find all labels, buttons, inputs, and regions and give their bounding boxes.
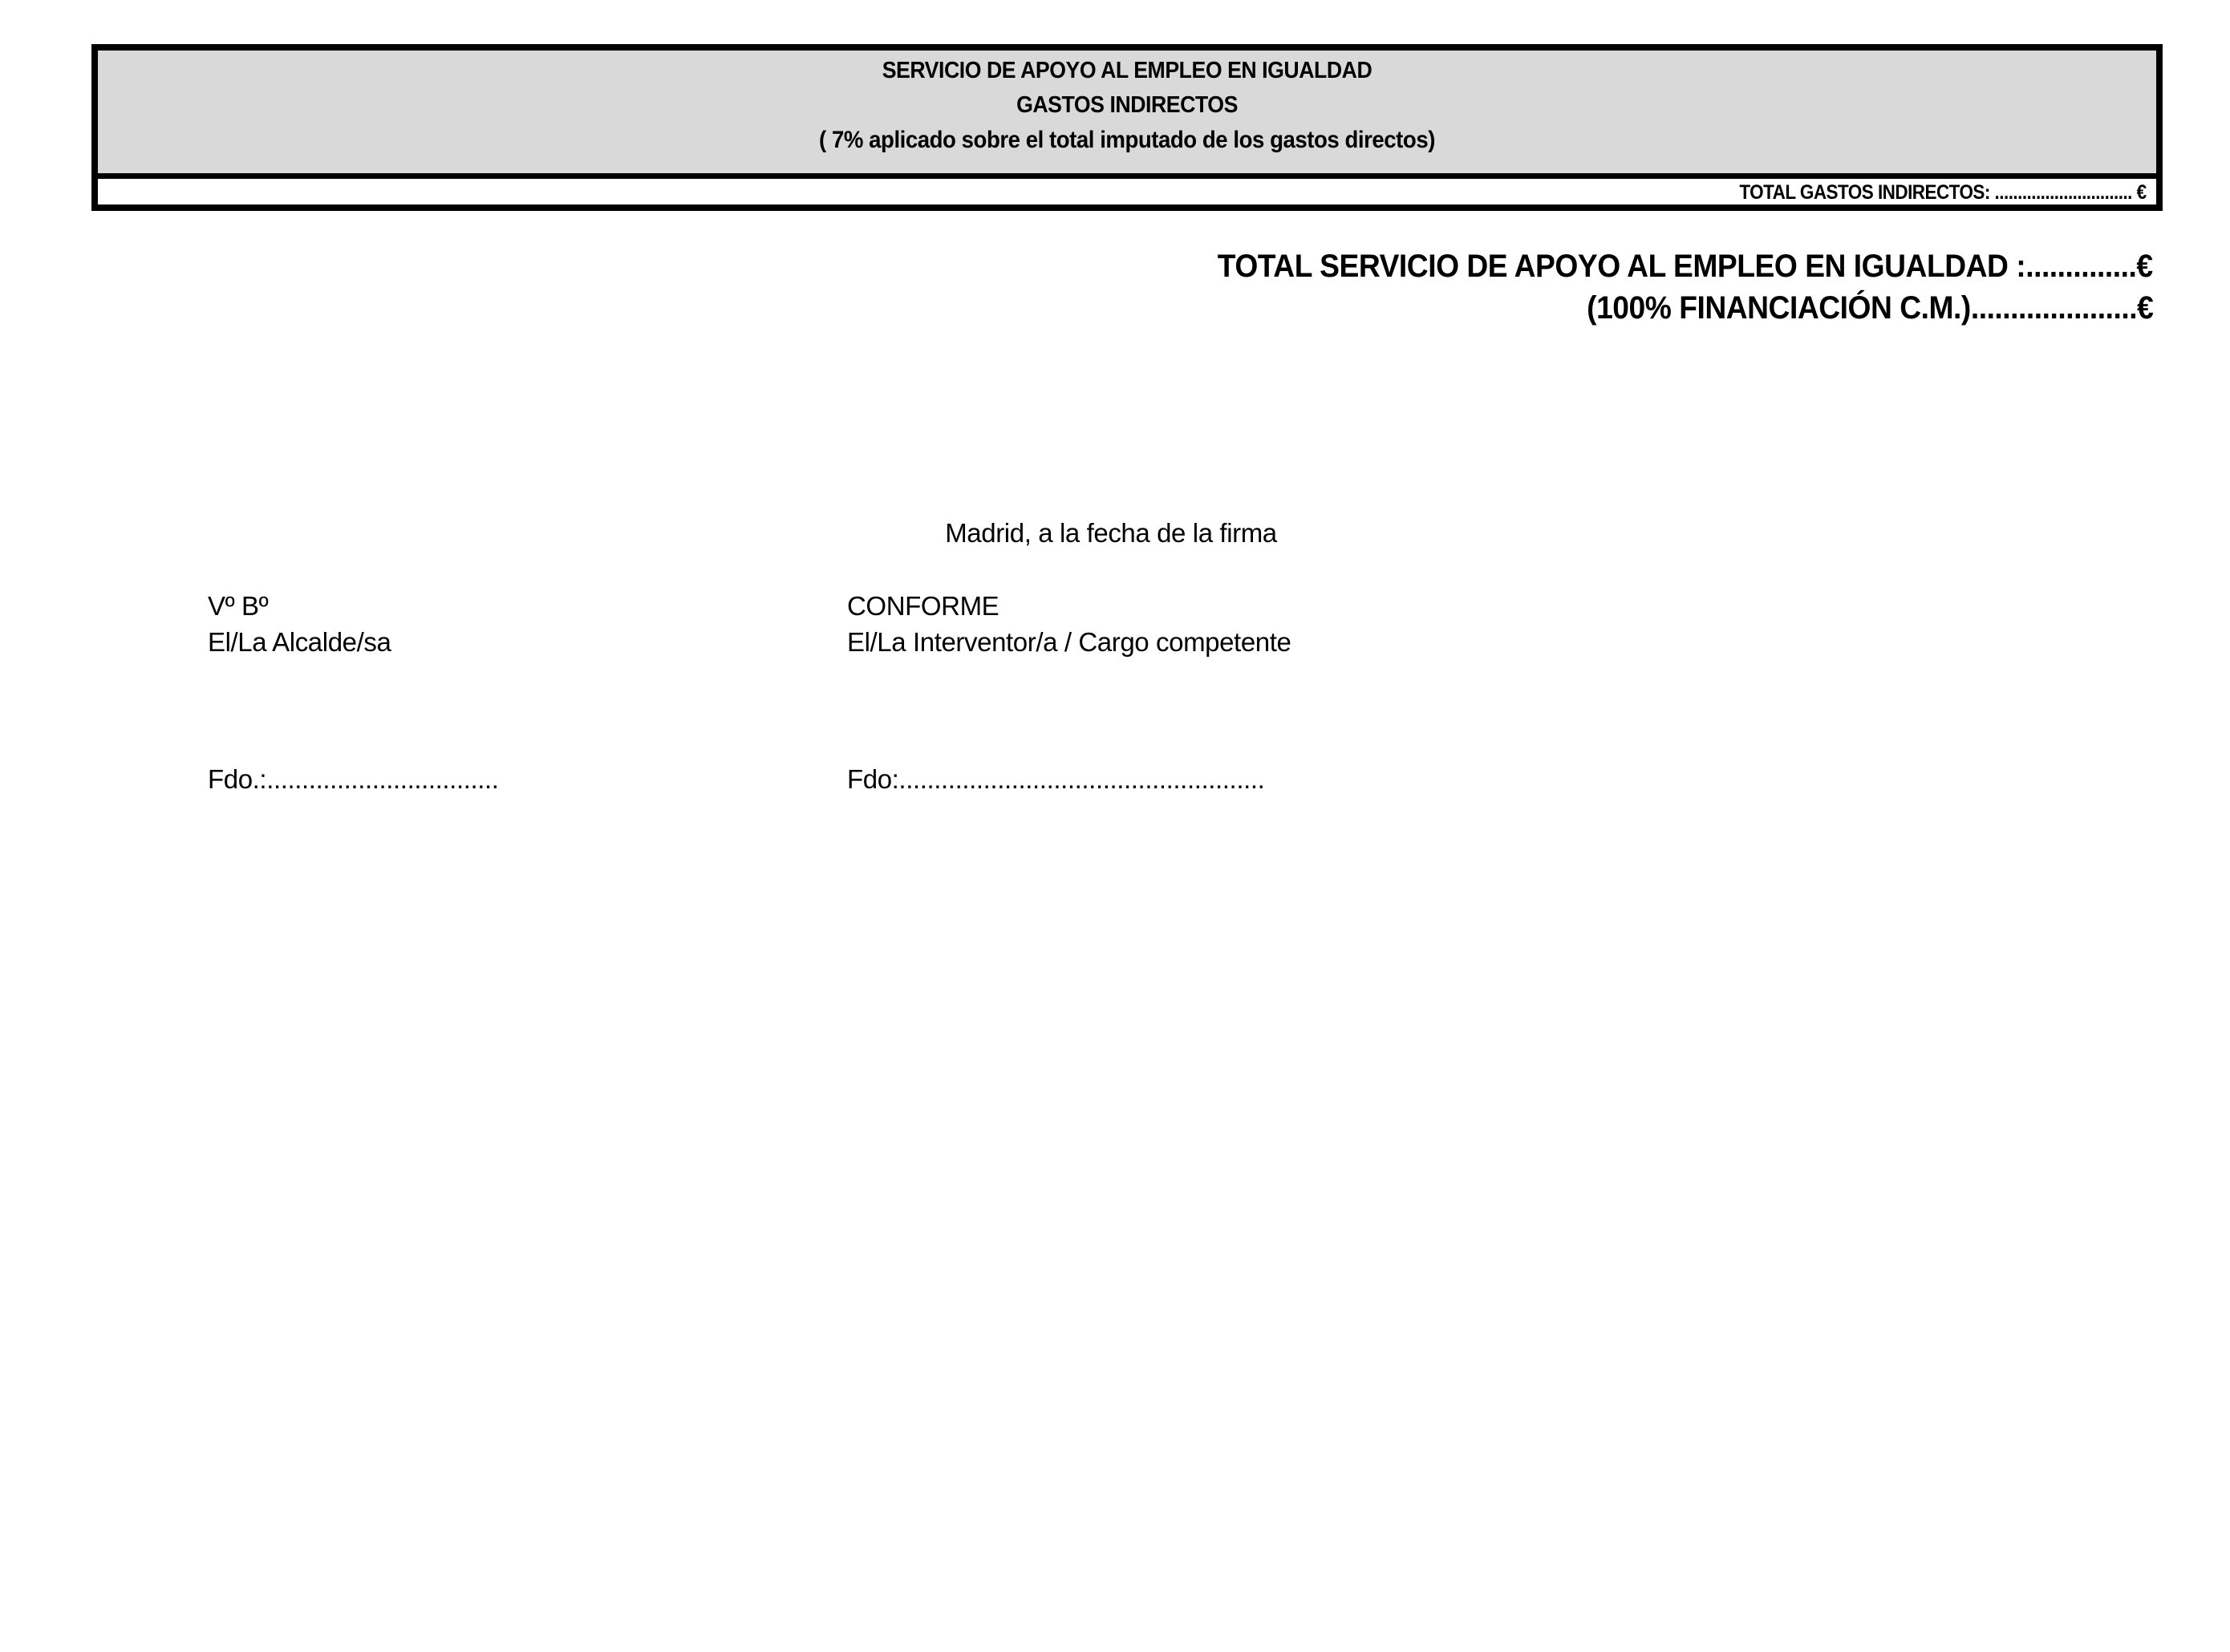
mayor-signature-field[interactable]: Fdo.:................................. [208, 764, 499, 795]
total-indirect-costs-field[interactable]: TOTAL GASTOS INDIRECTOS: ...............… [1740, 181, 2147, 204]
percentage-note: ( 7% aplicado sobre el total imputado de… [180, 127, 2074, 154]
auditor-role: El/La Interventor/a / Cargo competente [847, 624, 1291, 660]
total-service-field[interactable]: TOTAL SERVICIO DE APOYO AL EMPLEO EN IGU… [1218, 249, 2153, 285]
table-header-cell: SERVICIO DE APOYO AL EMPLEO EN IGUALDAD … [98, 51, 2156, 179]
table-total-cell: TOTAL GASTOS INDIRECTOS: ...............… [98, 179, 2156, 206]
mayor-role: El/La Alcalde/sa [208, 624, 391, 660]
conformity-heading: CONFORME [847, 588, 1291, 624]
auditor-signature-block: CONFORME El/La Interventor/a / Cargo com… [847, 588, 1291, 660]
section-title: GASTOS INDIRECTOS [180, 92, 2074, 119]
indirect-costs-table: SERVICIO DE APOYO AL EMPLEO EN IGUALDAD … [91, 44, 2163, 211]
place-date: Madrid, a la fecha de la firma [926, 518, 1295, 549]
approval-heading: Vº Bº [208, 588, 391, 624]
auditor-signature-field[interactable]: Fdo:....................................… [847, 764, 1264, 795]
funding-field[interactable]: (100% FINANCIACIÓN C.M.)................… [1587, 290, 2153, 326]
mayor-signature-block: Vº Bº El/La Alcalde/sa [208, 588, 391, 660]
service-title: SERVICIO DE APOYO AL EMPLEO EN IGUALDAD [180, 58, 2074, 84]
